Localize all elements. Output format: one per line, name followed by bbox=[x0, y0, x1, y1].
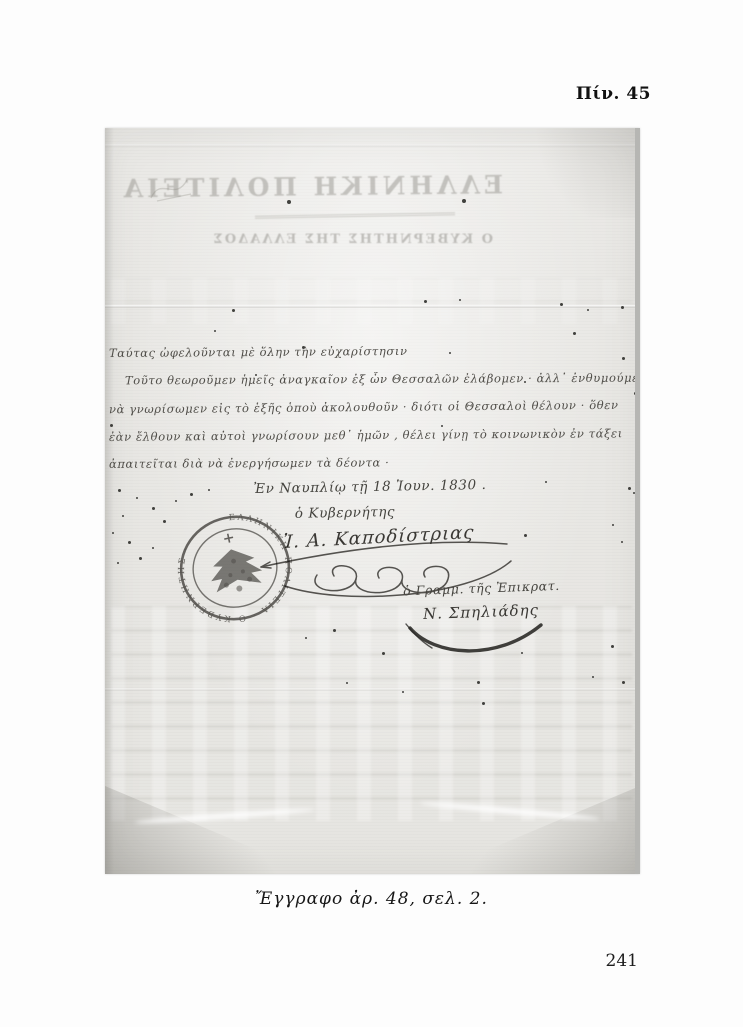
ink-dot bbox=[545, 481, 547, 483]
ink-dot bbox=[612, 524, 614, 526]
ink-dot bbox=[611, 645, 614, 648]
ink-dot bbox=[287, 200, 291, 204]
ink-dot bbox=[622, 681, 625, 684]
ink-dot bbox=[255, 374, 257, 376]
ink-dot bbox=[441, 425, 443, 427]
ink-dot bbox=[175, 500, 177, 502]
ink-dot bbox=[621, 541, 623, 543]
ink-dot bbox=[139, 557, 142, 560]
bleedthrough-letterhead-rule bbox=[255, 212, 455, 218]
plate-label: Πίν. 45 bbox=[576, 84, 651, 104]
ink-dot bbox=[592, 676, 594, 678]
fold-crease-lower bbox=[105, 688, 640, 691]
ink-dot bbox=[424, 300, 427, 303]
secretary-signature-flourish bbox=[400, 620, 550, 662]
ink-dot bbox=[573, 332, 576, 335]
handwriting-line: Ταύτας ὠφελοῦνται μὲ ὅλην τὴν εὐχαρίστησ… bbox=[109, 344, 409, 360]
ink-dot bbox=[524, 381, 526, 383]
ink-dot bbox=[459, 299, 461, 301]
ink-dot bbox=[587, 309, 589, 311]
scanner-edge-shadow-left bbox=[105, 128, 114, 874]
ink-dot bbox=[152, 547, 154, 549]
bleedthrough-notation-scribble bbox=[145, 168, 209, 210]
ink-dot bbox=[190, 493, 193, 496]
handwriting-line: Τοῦτο θεωροῦμεν ἡμεῖς ἀναγκαῖον ἐξ ὧν Θε… bbox=[125, 371, 638, 388]
ink-dot bbox=[232, 309, 235, 312]
ink-dot bbox=[524, 534, 527, 537]
ink-dot bbox=[402, 691, 404, 693]
handwriting-line: ἐὰν ἔλθουν καὶ αὐτοὶ γνωρίσουν μεθ᾿ ἡμῶν… bbox=[109, 426, 638, 444]
ink-dot bbox=[163, 520, 166, 523]
bleedthrough-letterhead-subtitle: Ο ΚΥΒΕΡΝΗΤΗΣ ΤΗΣ ΕΛΛΑΔΟΣ bbox=[223, 232, 493, 247]
ink-dot bbox=[346, 682, 348, 684]
ink-dot bbox=[128, 541, 131, 544]
ink-dot bbox=[560, 303, 563, 306]
bleedthrough-letterhead-title: ΕΛΛΗΝΙΚΗ ΠΟΛΙΤΕΙΑ bbox=[183, 170, 503, 202]
ink-dot bbox=[122, 515, 124, 517]
ink-dot bbox=[214, 330, 216, 332]
ink-dot bbox=[449, 352, 451, 354]
ink-dot bbox=[382, 652, 385, 655]
ink-dot bbox=[622, 357, 625, 360]
bleedthrough-text-rows-lower bbox=[111, 606, 632, 821]
ink-dot bbox=[208, 489, 210, 491]
ink-dot bbox=[302, 346, 305, 349]
ink-dot bbox=[477, 681, 480, 684]
corner-shadow-top-right bbox=[520, 128, 640, 218]
book-page: Πίν. 45 ΕΛΛΗΝΙΚΗ ΠΟΛΙΤΕΙΑ Ο ΚΥΒΕΡΝΗΤΗΣ Τ… bbox=[0, 0, 743, 1027]
ink-dot bbox=[305, 637, 307, 639]
ink-dot bbox=[118, 489, 121, 492]
ink-dot bbox=[152, 507, 155, 510]
document-scan-image: ΕΛΛΗΝΙΚΗ ΠΟΛΙΤΕΙΑ Ο ΚΥΒΕΡΝΗΤΗΣ ΤΗΣ ΕΛΛΑΔ… bbox=[105, 128, 640, 874]
ink-dot bbox=[462, 199, 466, 203]
figure-caption: Ἔγγραφο ἀρ. 48, σελ. 2. bbox=[0, 889, 743, 909]
ink-dot bbox=[333, 629, 336, 632]
ink-dot bbox=[628, 487, 631, 490]
page-number: 241 bbox=[606, 951, 638, 971]
handwriting-line: νὰ γνωρίσωμεν εἰς τὸ ἑξῆς ὁποὺ ἀκολουθοῦ… bbox=[109, 398, 638, 417]
scanner-edge-strip-right bbox=[635, 128, 640, 874]
seal-phoenix-icon bbox=[206, 544, 265, 593]
seal-cross-icon bbox=[223, 533, 234, 544]
ink-dot bbox=[136, 497, 138, 499]
ink-dot bbox=[482, 702, 485, 705]
bleedthrough-text-rows-upper bbox=[111, 278, 632, 324]
date-place-line: Ἐν Ναυπλίῳ τῇ 18 Ἰουν. 1830 . bbox=[200, 476, 540, 498]
ink-dot bbox=[521, 652, 523, 654]
ink-dot bbox=[621, 306, 624, 309]
ink-dot bbox=[117, 562, 119, 564]
handwriting-line: ἀπαιτεῖται διὰ νὰ ἐνεργήσωμεν τὰ δέοντα … bbox=[109, 455, 449, 471]
state-seal-stamp: ΕΛΛΗΝΙΚΗ ΠΟΛΙΤΕΙΑ · Ο ΚΥΒΕΡΝΗΤΗΣ · bbox=[164, 500, 305, 636]
